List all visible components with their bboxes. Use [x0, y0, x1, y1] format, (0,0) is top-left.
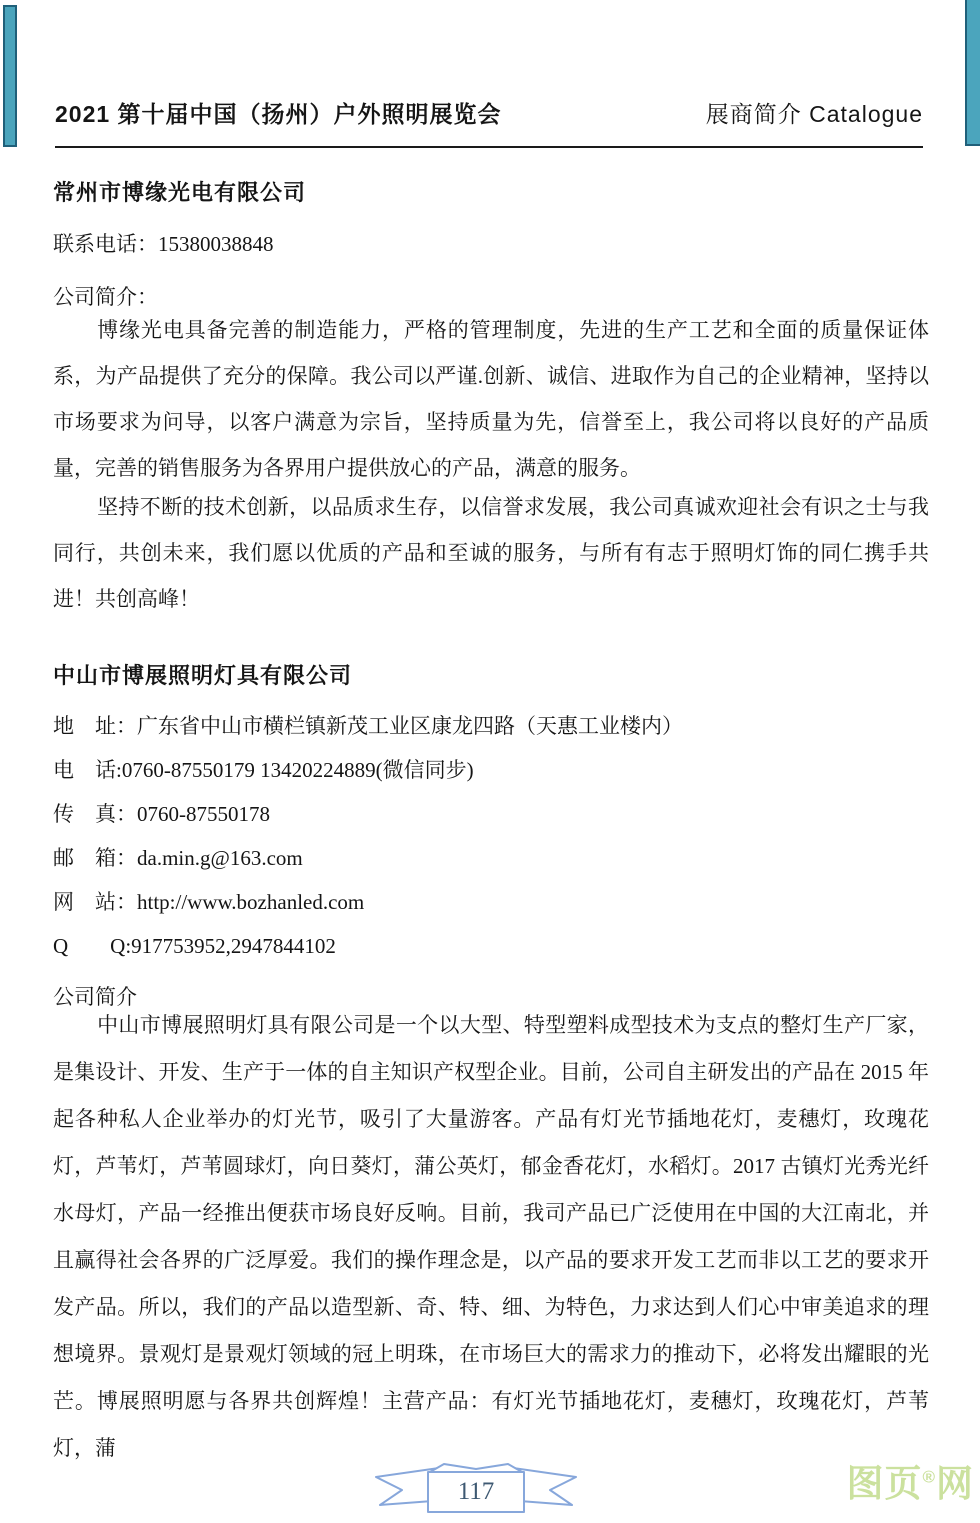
header-divider [55, 146, 923, 148]
exhibition-title: 2021 第十届中国（扬州）户外照明展览会 [55, 96, 502, 129]
company2-fax-line: 传 真：0760-87550178 [53, 792, 929, 836]
company2-address-line: 地 址：广东省中山市横栏镇新茂工业区康龙四路（天惠工业楼内） [53, 704, 929, 748]
watermark-text-left: 图页 [846, 1463, 922, 1504]
catalogue-label: 展商简介 Catalogue [706, 96, 923, 129]
registered-trademark-icon: ® [922, 1468, 936, 1487]
watermark-text-right: 网 [936, 1463, 974, 1504]
page-header: 2021 第十届中国（扬州）户外照明展览会 展商简介 Catalogue [55, 96, 923, 129]
company1-paragraph-1: 博缘光电具备完善的制造能力，严格的管理制度，先进的生产工艺和全面的质量保证体系，… [53, 307, 929, 491]
right-accent-bar [965, 0, 980, 146]
company2-contact-block: 地 址：广东省中山市横栏镇新茂工业区康龙四路（天惠工业楼内） 电 话:0760-… [53, 704, 929, 968]
company1-name: 常州市博缘光电有限公司 [53, 176, 929, 207]
company2-phone-line: 电 话:0760-87550179 13420224889(微信同步) [53, 748, 929, 792]
company1-phone-line: 联系电话：15380038848 [53, 228, 929, 258]
page-number: 117 [428, 1472, 524, 1512]
company2-email-line: 邮 箱：da.min.g@163.com [53, 836, 929, 880]
company2-paragraph: 中山市博展照明灯具有限公司是一个以大型、特型塑料成型技术为支点的整灯生产厂家，是… [53, 1002, 929, 1472]
company1-paragraph-2: 坚持不断的技术创新，以品质求生存，以信誉求发展，我公司真诚欢迎社会有识之士与我同… [53, 484, 929, 622]
company2-name: 中山市博展照明灯具有限公司 [53, 659, 929, 690]
watermark-logo: 图页®网 [844, 1462, 974, 1506]
page-number-ribbon: 117 [366, 1455, 586, 1519]
catalogue-page: { "colors": { "accent-teal": "#4BA5BD", … [0, 0, 980, 1523]
left-accent-bar [3, 5, 17, 147]
company2-website-line: 网 站：http://www.bozhanled.com [53, 880, 929, 924]
company2-qq-line: Q Q:917753952,2947844102 [53, 924, 929, 968]
